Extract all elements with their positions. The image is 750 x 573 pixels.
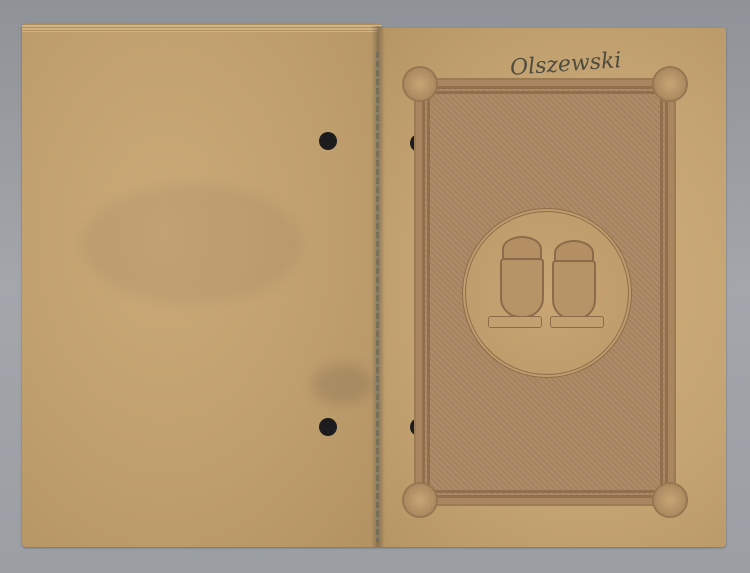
binding-stitch xyxy=(376,52,379,542)
motto-ribbon xyxy=(488,316,542,328)
corner-rosette xyxy=(652,482,688,518)
stain xyxy=(312,364,372,404)
corner-rosette xyxy=(402,482,438,518)
page-edges xyxy=(22,24,382,32)
austrian-shield xyxy=(500,258,544,318)
passport-booklet: Olszewski xyxy=(22,22,726,549)
stain xyxy=(82,184,302,304)
ornamental-frame xyxy=(414,78,676,506)
motto-ribbon xyxy=(550,316,604,328)
punch-hole xyxy=(319,132,337,150)
hungarian-shield xyxy=(552,260,596,320)
left-page xyxy=(22,24,378,547)
corner-rosette xyxy=(652,66,688,102)
corner-rosette xyxy=(402,66,438,102)
coat-of-arms-medallion xyxy=(462,208,632,378)
punch-hole xyxy=(319,418,337,436)
